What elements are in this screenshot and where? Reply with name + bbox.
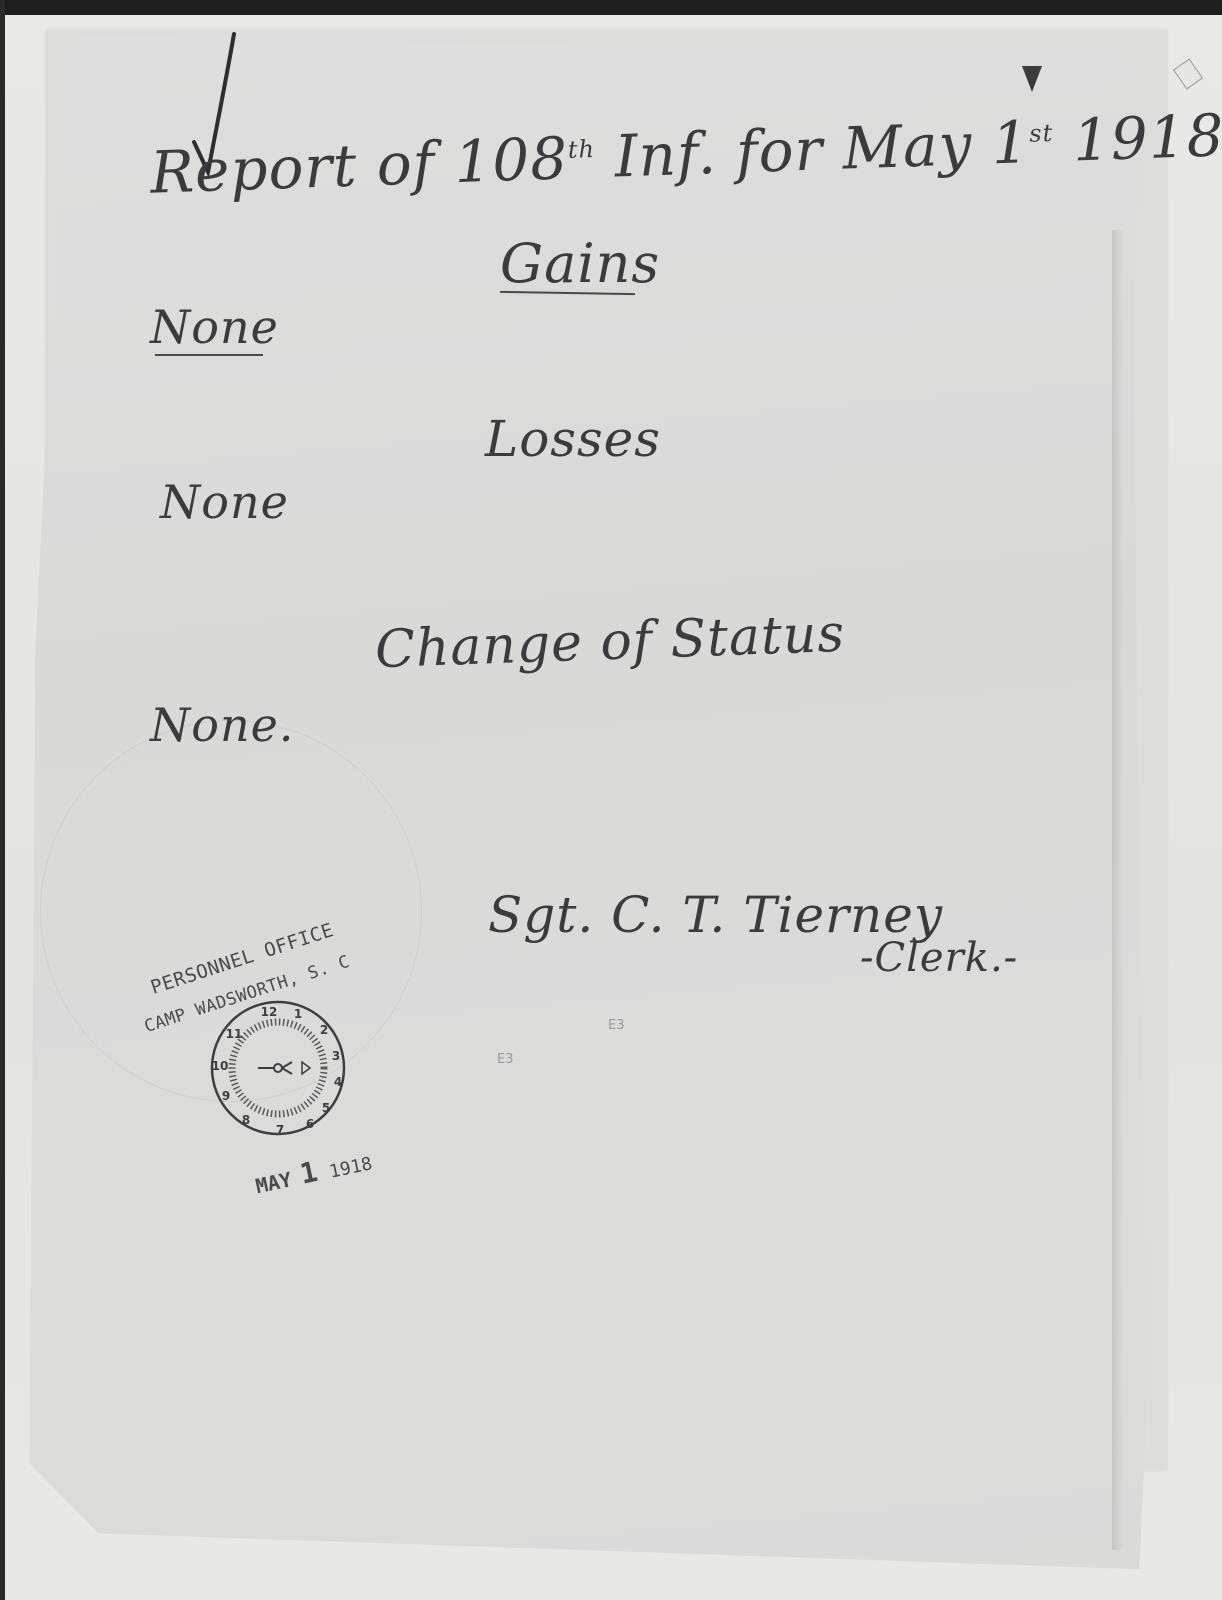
svg-text:12: 12	[261, 1005, 278, 1019]
losses-entry: None	[160, 475, 289, 529]
svg-text:11: 11	[226, 1027, 243, 1041]
svg-text:10: 10	[212, 1059, 229, 1073]
svg-text:4: 4	[334, 1075, 342, 1089]
gains-entry-underline	[155, 354, 263, 356]
sheet-edge-shadow	[1112, 230, 1124, 1550]
change-of-status-entry: None.	[150, 698, 294, 752]
gains-entry: None	[150, 300, 279, 354]
personnel-office-stamp: PERSONNEL OFFICE CAMP WADSWORTH, S. C 12…	[130, 960, 410, 1220]
svg-text:1: 1	[294, 1007, 302, 1021]
svg-text:7: 7	[276, 1123, 284, 1137]
corner-tab-mark	[1022, 66, 1042, 92]
stamp-clock-icon: 12 1 2 3 4 5 6 7 8 9 10 11	[206, 996, 351, 1141]
svg-text:6: 6	[306, 1117, 314, 1131]
svg-text:3: 3	[332, 1049, 340, 1063]
stamp-date-day: 1	[297, 1155, 320, 1191]
stamp-date-month: MAY	[253, 1167, 293, 1198]
svg-text:2: 2	[320, 1023, 328, 1037]
svg-text:5: 5	[322, 1101, 330, 1115]
stamp-date-year: 1918	[327, 1153, 374, 1183]
svg-text:8: 8	[242, 1113, 250, 1127]
heading-losses: Losses	[485, 410, 661, 468]
stamp-date: MAY11918	[252, 1143, 375, 1200]
archive-mark: E3	[608, 1018, 625, 1033]
signature-role: -Clerk.-	[860, 935, 1018, 981]
heading-gains: Gains	[500, 232, 660, 295]
svg-text:9: 9	[222, 1089, 230, 1103]
archive-mark: E3	[497, 1052, 514, 1067]
scan-border-top	[0, 0, 1222, 15]
